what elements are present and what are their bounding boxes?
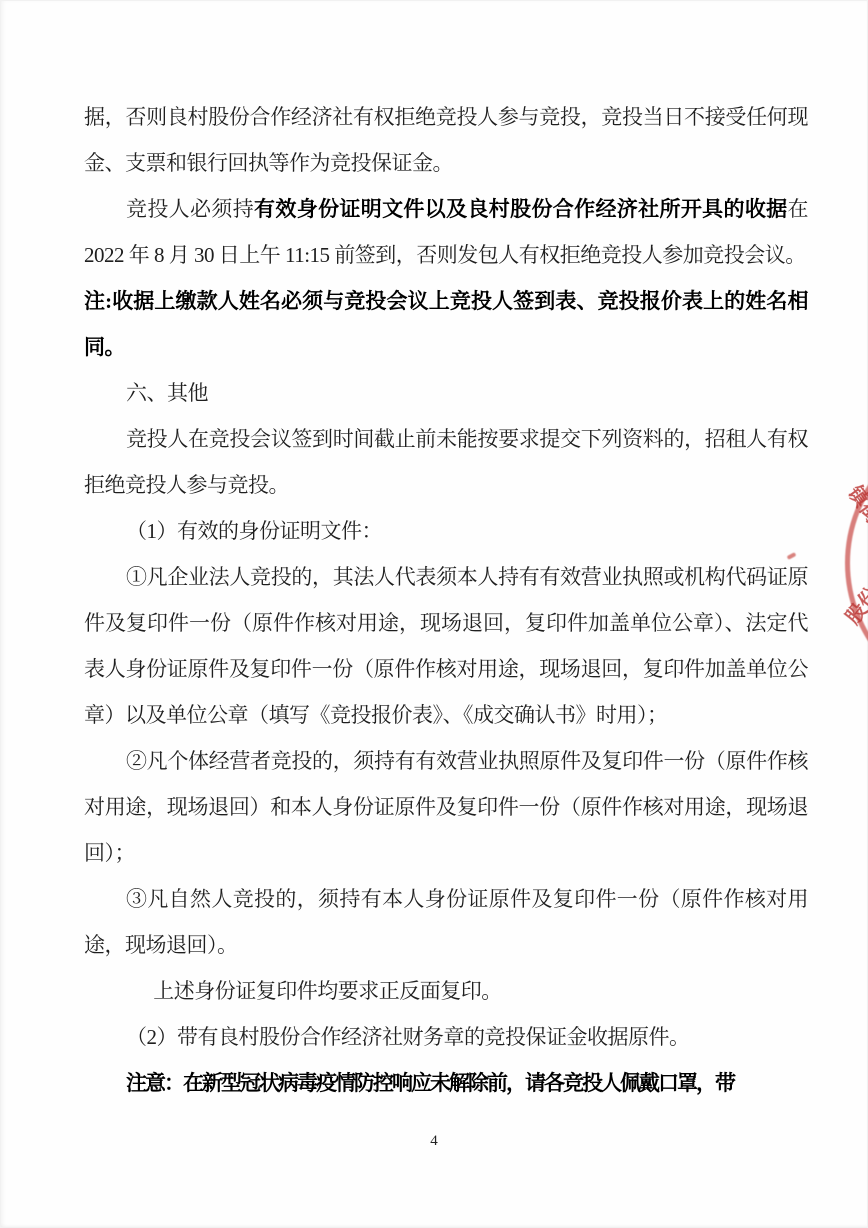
- paragraph: 上述身份证复印件均要求正反面复印。: [84, 968, 808, 1014]
- list-item: ③凡自然人竞投的，须持有本人身份证原件及复印件一份（原件作核对用途，现场退回）。: [84, 876, 808, 968]
- seal-ring-icon: [845, 419, 868, 707]
- page-number: 4: [0, 1133, 868, 1150]
- section-heading: 六、其他: [84, 370, 808, 416]
- list-item: （1）有效的身份证明文件：: [84, 508, 808, 554]
- document-page: 据，否则良村股份合作经济社有权拒绝竞投人参与竞投，竞投当日不接受任何现金、支票和…: [0, 0, 868, 1228]
- paragraph-text: 六、其他: [126, 381, 208, 405]
- paragraph: 竞投人在竞投会议签到时间截止前未能按要求提交下列资料的，招租人有权拒绝竞投人参与…: [84, 416, 808, 508]
- paragraph-text: ①凡企业法人竞投的，其法人代表须本人持有有效营业执照或机构代码证原件及复印件一份…: [84, 565, 808, 727]
- paragraph: 据，否则良村股份合作经济社有权拒绝竞投人参与竞投，竞投当日不接受任何现金、支票和…: [84, 94, 808, 186]
- paragraph-text: ③凡自然人竞投的，须持有本人身份证原件及复印件一份（原件作核对用途，现场退回）。: [84, 887, 808, 957]
- paragraph-text: （2）带有良村股份合作经济社财务章的竞投保证金收据原件。: [126, 1025, 690, 1049]
- paragraph-notice: 注意：在新型冠状病毒疫情防控响应未解除前，请各竞投人佩戴口罩，带: [84, 1060, 808, 1106]
- paragraph-note: 注:收据上缴款人姓名必须与竞投会议上竞投人签到表、竞投报价表上的姓名相同。: [84, 278, 808, 370]
- bold-text: 注:收据上缴款人姓名必须与竞投会议上竞投人签到表、竞投报价表上的姓名相同。: [84, 289, 808, 359]
- paragraph-text: 上述身份证复印件均要求正反面复印。: [153, 979, 502, 1003]
- paragraph-text: 竞投人在竞投会议签到时间截止前未能按要求提交下列资料的，招租人有权拒绝竞投人参与…: [84, 427, 808, 497]
- paragraph-text: ②凡个体经营者竞投的，须持有有效营业执照原件及复印件一份（原件作核对用途，现场退…: [84, 749, 808, 865]
- list-item: ②凡个体经营者竞投的，须持有有效营业执照原件及复印件一份（原件作核对用途，现场退…: [84, 738, 808, 876]
- document-body: 据，否则良村股份合作经济社有权拒绝竞投人参与竞投，竞投当日不接受任何现金、支票和…: [84, 94, 808, 1106]
- list-item: （2）带有良村股份合作经济社财务章的竞投保证金收据原件。: [84, 1014, 808, 1060]
- paragraph-text: 据，否则良村股份合作经济社有权拒绝竞投人参与竞投，竞投当日不接受任何现金、支票和…: [84, 105, 808, 175]
- paragraph: 竞投人必须持有效身份证明文件以及良村股份合作经济社所开具的收据在 2022 年 …: [84, 186, 808, 278]
- paragraph-text: （1）有效的身份证明文件：: [126, 519, 382, 543]
- list-item: ①凡企业法人竞投的，其法人代表须本人持有有效营业执照或机构代码证原件及复印件一份…: [84, 554, 808, 738]
- paragraph-text: 竞投人必须持: [126, 197, 254, 221]
- bold-text: 注意：在新型冠状病毒疫情防控响应未解除前，请各竞投人佩戴口罩，带: [126, 1071, 734, 1095]
- bold-text: 有效身份证明文件以及良村股份合作经济社所开具的收据: [254, 197, 787, 221]
